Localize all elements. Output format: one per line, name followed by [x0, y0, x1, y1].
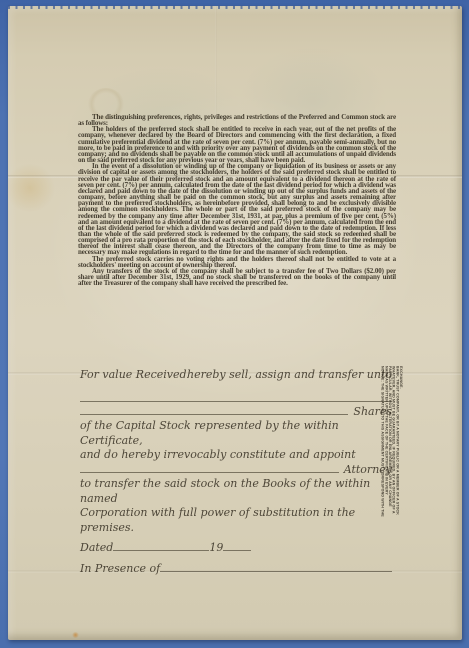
- shares-line: Shares: [80, 405, 392, 420]
- shares-blank-line: [80, 414, 348, 415]
- certificate-back-paper: The distinguishing preferences, rights, …: [8, 6, 462, 640]
- perforated-edge: [8, 5, 462, 9]
- transfer-books-line: to transfer the said stock on the Books …: [80, 477, 392, 506]
- year-blank-line: [223, 550, 251, 551]
- signature-notice-vertical-text: NOTICE: THE SIGNATURE TO THIS ASSIGNMENT…: [380, 366, 407, 520]
- terms-paragraph: In the event of a dissolution or winding…: [78, 163, 396, 255]
- year-prefix: 19: [209, 541, 223, 556]
- assignment-form: For value Received hereby sell, assign a…: [80, 368, 392, 576]
- paper-stain: [4, 164, 56, 212]
- paper-stain: [72, 632, 79, 638]
- capital-stock-line: of the Capital Stock represented by the …: [80, 419, 392, 448]
- terms-paragraph: Any transfers of the stock of the compan…: [78, 268, 396, 286]
- witness-line: In Presence of: [80, 562, 392, 577]
- transferee-blank-line: [80, 389, 392, 402]
- value-received-line: For value Received hereby sell, assign a…: [80, 368, 392, 383]
- scan-background: { "colors": { "background_blue": "#4d72b…: [0, 0, 469, 648]
- value-received-label: For value Received: [80, 368, 187, 383]
- substitution-line: Corporation with full power of substitut…: [80, 506, 392, 535]
- terms-paragraph: The holders of the preferred stock shall…: [78, 126, 396, 163]
- attorney-blank-line: [80, 472, 339, 473]
- dated-label: Dated: [80, 541, 113, 556]
- witness-blank-line: [160, 571, 392, 572]
- terms-and-restrictions-text: The distinguishing preferences, rights, …: [78, 114, 396, 286]
- dated-line: Dated 19: [80, 541, 392, 556]
- attorney-line: Attorney: [80, 463, 392, 478]
- date-blank-line: [113, 550, 209, 551]
- in-presence-of-label: In Presence of: [80, 562, 160, 577]
- sell-assign-label: hereby sell, assign and transfer unto: [187, 368, 392, 383]
- constitute-appoint-line: and do hereby irrevocably constitute and…: [80, 448, 392, 463]
